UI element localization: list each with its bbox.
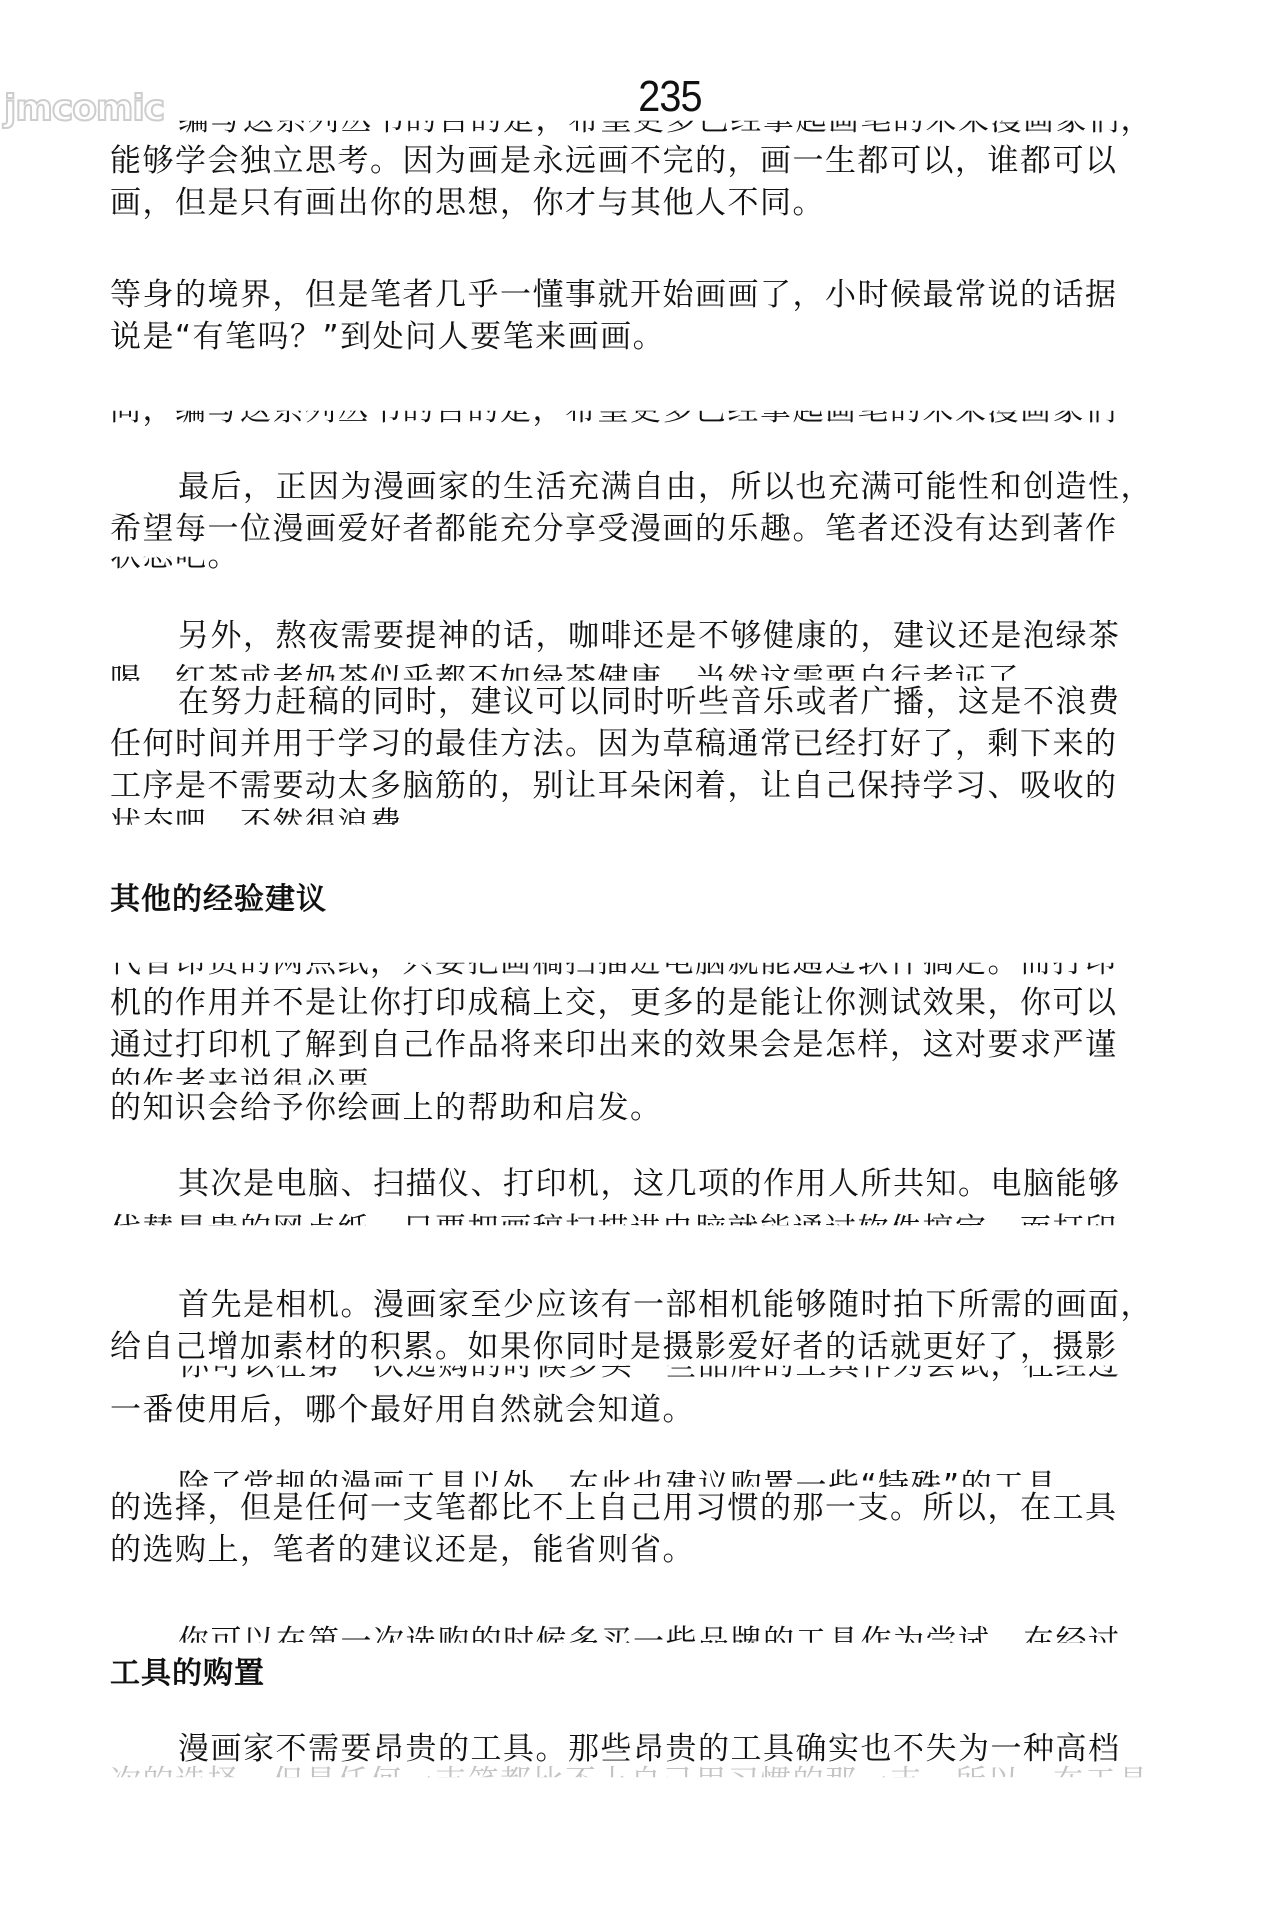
text-line-faint: 次的选择，但是任何一支笔都比不上自己用习惯的那一支。所以，在工具: [110, 1762, 1150, 1802]
text-line: 工序是不需要动太多脑筋的，别让耳朵闲着，让自己保持学习、吸收的: [110, 766, 1118, 806]
text-line: 其次是电脑、扫描仪、打印机，这几项的作用人所共知。电脑能够: [178, 1164, 1121, 1204]
text-line-clipped: 代替昂贵的网点纸，只要把画稿扫描进电脑就能通过软件搞定。而打印: [110, 1210, 1118, 1250]
section-heading: 工具的购置: [110, 1648, 265, 1692]
text-line: 机的作用并不是让你打印成稿上交，更多的是能让你测试效果，你可以: [110, 983, 1118, 1023]
text-line-clipped: 代替昂贵的网点纸，只要把画稿扫描进电脑就能通过软件搞定。而打印: [110, 942, 1118, 982]
text-line: 一番使用后，哪个最好用自然就会知道。: [110, 1390, 695, 1430]
section-heading: 其他的经验建议: [110, 874, 327, 918]
text-line: 给自己增加素材的积累。如果你同时是摄影爱好者的话就更好了，摄影: [110, 1327, 1118, 1367]
text-line: 画，但是只有画出你的思想，你才与其他人不同。: [110, 183, 825, 223]
text-line-clipped: 尚，编写这系列丛书的目的是，希望更多已经拿起画笔的未来漫画家们: [110, 390, 1118, 430]
text-line: 通过打印机了解到自己作品将来印出来的效果会是怎样，这对要求严谨: [110, 1025, 1118, 1065]
text-line: 另外，熬夜需要提神的话，咖啡还是不够健康的，建议还是泡绿茶: [178, 616, 1121, 656]
text-line-clipped: 你可以在第一次选购的时候多买一些品牌的工具作为尝试，在经过: [178, 1622, 1121, 1662]
text-line: 在努力赶稿的同时，建议可以同时听些音乐或者广播，这是不浪费: [178, 682, 1121, 722]
text-line: 能够学会独立思考。因为画是永远画不完的，画一生都可以，谁都可以: [110, 141, 1118, 181]
text-line: 任何时间并用于学习的最佳方法。因为草稿通常已经打好了，剩下来的: [110, 724, 1118, 764]
text-line: 最后，正因为漫画家的生活充满自由，所以也充满可能性和创造性，: [178, 467, 1153, 507]
text-line: 的知识会给予你绘画上的帮助和启发。: [110, 1088, 663, 1128]
text-line: 首先是相机。漫画家至少应该有一部相机能够随时拍下所需的画面，: [178, 1285, 1153, 1325]
text-line: 希望每一位漫画爱好者都能充分享受漫画的乐趣。笔者还没有达到著作: [110, 509, 1118, 549]
text-line: 的选择，但是任何一支笔都比不上自己用习惯的那一支。所以，在工具: [110, 1488, 1118, 1528]
page-number: 235: [67, 72, 1273, 122]
text-line: 的选购上，笔者的建议还是，能省则省。: [110, 1530, 695, 1570]
text-line: 等身的境界，但是笔者几乎一懂事就开始画画了，小时候最常说的话据: [110, 275, 1118, 315]
text-line-clipped: 状态吧，不然很浪费。: [110, 804, 435, 844]
text-line: 说是“有笔吗？”到处问人要笔来画画。: [110, 317, 665, 357]
